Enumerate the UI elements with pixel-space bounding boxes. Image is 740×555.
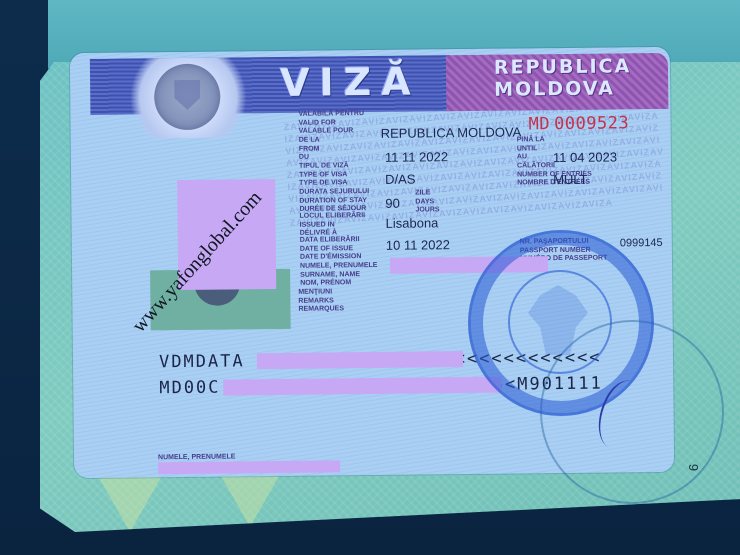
page-number: 9 [686,464,701,471]
duration-unit-label: ZILEDAYSJOURS [415,189,439,215]
issue-date-label: DATA ELIBERĂRIIDATE OF ISSUEDATE D'ÉMISS… [300,236,362,262]
visa-title: VIZĂ [280,59,421,104]
until-label: PINĂ LAUNTILAU [517,136,545,162]
issued-in-label: LOCUL ELIBERĂRIIISSUED INDÉLIVRÉ À [299,212,365,238]
surname-label: NUMELE, PRENUMELESURNAME, NAMENOM, PRÉNO… [300,262,378,288]
visa-type-label: TIPUL DE VIZĂTYPE OF VISATYPE DE VISA [299,162,349,188]
from-value: 11 11 2022 [385,149,448,165]
serial-prefix: MD [528,114,550,134]
mrz-redaction-2 [223,377,501,396]
mrz-redaction-1 [257,351,463,369]
valid-for-label: VALABILĂ PENTRUVALID FORVALABLE POUR [298,110,364,136]
country-line-2: MOLDOVA [494,77,632,100]
country-line-1: REPUBLICA [494,55,632,78]
passport-number-value: 0999145 [620,237,663,249]
issued-in-value: Lisabona [386,215,439,231]
issue-date-value: 10 11 2022 [386,237,450,253]
country-title: REPUBLICA MOLDOVA [494,55,632,100]
footer-name-redaction [158,460,340,474]
serial-digits: 0009523 [554,113,629,134]
from-label: DE LAFROMDU [299,137,320,163]
remarks-label: MENŢIUNIREMARKSREMARQUES [298,288,344,314]
entries-value: MULT [553,172,588,187]
duration-label: DURATA SEJURULUIDURATION OF STAYDURÉE DE… [299,188,369,214]
visa-type-value: D/AS [385,172,415,187]
duration-value: 90 [385,196,400,211]
visa-serial-number: MD0009523 [528,113,629,134]
valid-for-value: REPUBLICA MOLDOVA [381,124,522,140]
